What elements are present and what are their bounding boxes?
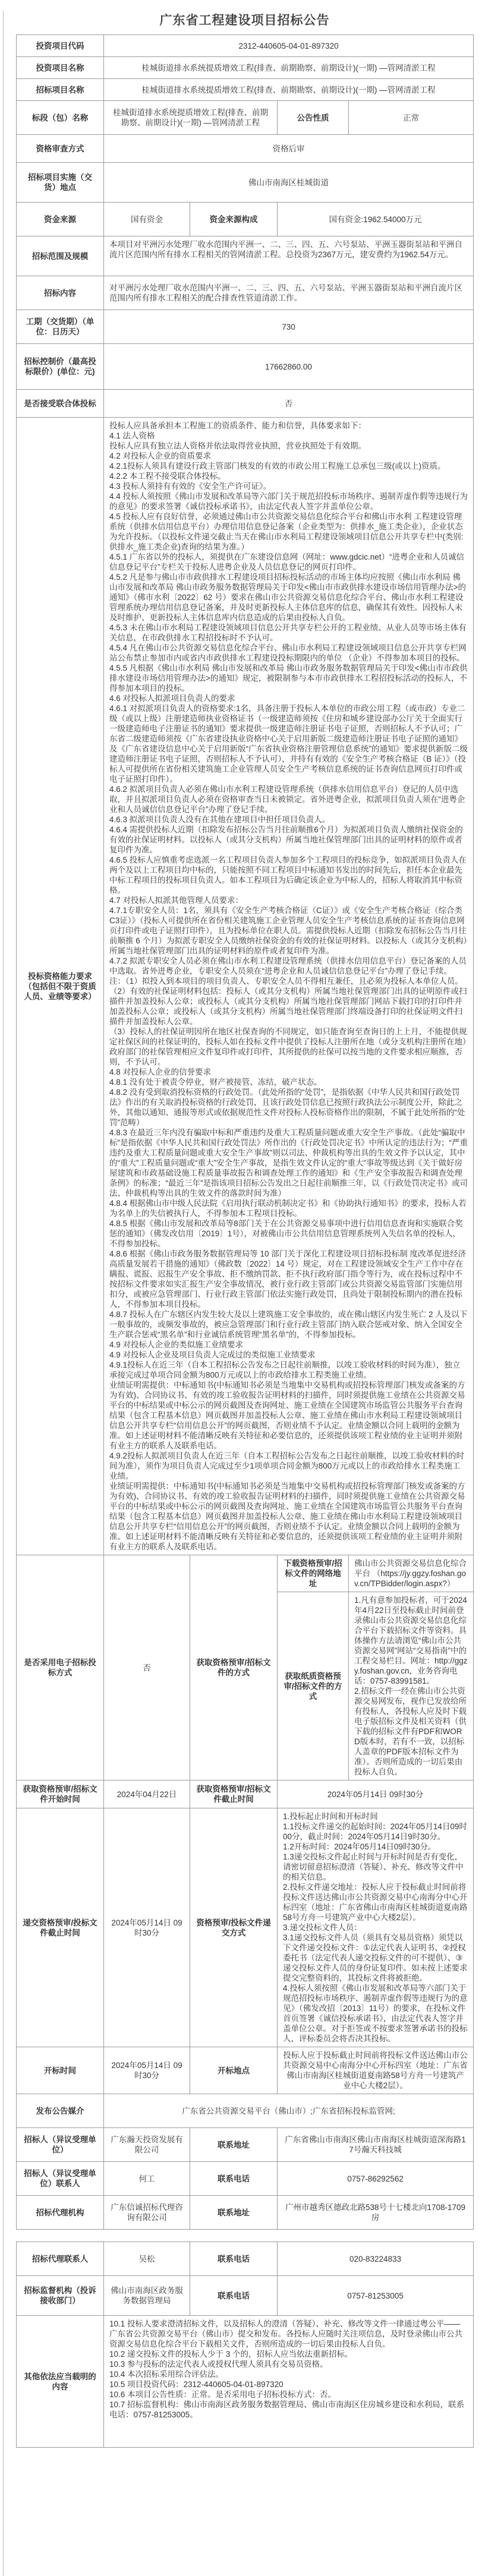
funding-source-label: 资金来源 — [17, 203, 104, 236]
obtain-start-label: 获取资格预审/招标文件开始时间 — [17, 1781, 104, 1808]
paper-obtain-value: 1.凡有意参加投标者，可于2024年4月22日至投标截止时间前登录佛山市公共资源… — [349, 1592, 474, 1781]
table-row: 招标人（异议受理单位）联系人 何工 联系电话 0757-86292562 — [17, 2162, 474, 2196]
qualification-requirements-value: 投标人应具备承担本工程施工的资质条件、能力和信誉，具体要求如下： 4.1 法人资… — [104, 418, 474, 1555]
table-row: 招标范围及规模 本项目对平洲污水处理厂收水范围内平洲一、二、三、四、五、六号泵站… — [17, 236, 474, 276]
e-bidding-value: 否 — [104, 1555, 190, 1781]
other-content-value: 10.1 投标人要求澄清招标文件，以及招标人的澄清（答疑）、补充、修改等文件一律… — [104, 2316, 474, 2448]
opening-place-value: 投标人应于投标截止时间前将投标文件送达佛山市公共资源交易中心南海分中心开标四室（… — [278, 2047, 474, 2094]
agency-contact-label: 招标代理联系人 — [17, 2242, 104, 2276]
tender-name-value: 桂城街道排水系统提质增效工程(排查、前期勘察、前期设计)(一期) —管网清淤工程 — [104, 79, 474, 101]
table-gap — [0, 2230, 485, 2242]
tenderer-value: 广东瀚天投资发展有限公司 — [104, 2128, 190, 2162]
funding-source-value: 国有资金 — [104, 203, 190, 236]
table-row: 工期（交货期）（单位：日历天） 730 — [17, 310, 474, 344]
announcement-media-label: 发布公告媒介 — [17, 2094, 104, 2128]
section-name-label: 标段（包）名称 — [17, 101, 104, 135]
obtain-end-label: 获取资格预审/招标文件截止时间 — [190, 1781, 278, 1808]
obtain-start-value: 2024年04月22日 — [104, 1781, 190, 1808]
opening-time-value: 2024年05月14日 09时30分 — [104, 2047, 190, 2094]
investment-code-label: 投资项目代码 — [17, 35, 104, 57]
table-row: 招标监督机构（投诉接收部门） 佛山市南海区政务服务数据管理局 联系电话 0757… — [17, 2276, 474, 2316]
table-row: 招标项目实施（交货）地点 佛山市南海区桂城街道 — [17, 163, 474, 203]
table-row: 招标控制价（最高投标限价）(单位：元) 17662860.00 — [17, 344, 474, 390]
supervisor-phone-value: 0757-81253005 — [278, 2276, 474, 2316]
control-price-label: 招标控制价（最高投标限价）(单位：元) — [17, 344, 104, 390]
tender-scope-label: 招标范围及规模 — [17, 236, 104, 276]
submission-method-label: 资格预审/投标文件递交方式 — [190, 1808, 278, 2047]
tenderer-contact-value: 何工 — [104, 2162, 190, 2196]
agency-phone-label: 联系电话 — [190, 2242, 278, 2276]
table-row: 招标项目名称 桂城街道排水系统提质增效工程(排查、前期勘察、前期设计)(一期) … — [17, 79, 474, 101]
table-row: 开标时间 2024年05月14日 09时30分 开标地点 投标人应于投标截止时间… — [17, 2047, 474, 2094]
qualification-review-value: 资格后审 — [104, 135, 474, 163]
page-left-border — [3, 11, 4, 2576]
consortium-value: 否 — [104, 390, 474, 418]
table-row: 资格审查方式 资格后审 — [17, 135, 474, 163]
obtain-end-value: 2024年05月14日 09时30分 — [278, 1781, 474, 1808]
agency-label: 招标代理机构 — [17, 2196, 104, 2230]
agency-phone-value: 020-83224833 — [278, 2242, 474, 2276]
control-price-value: 17662860.00 — [104, 344, 474, 390]
delivery-location-label: 招标项目实施（交货）地点 — [17, 163, 104, 203]
e-bidding-label: 是否采用电子招标投标方式 — [17, 1555, 104, 1781]
download-url-value: 佛山市公共资源交易信息化综合平台 （https://jy.ggzy.foshan… — [349, 1555, 474, 1592]
page-title: 广东省工程建设项目招标公告 — [16, 11, 473, 29]
opening-time-label: 开标时间 — [17, 2047, 104, 2094]
qualification-requirements-label: 投标资格能力要求（包括但不限于资质人员、业绩等要求） — [17, 418, 104, 1555]
download-url-label: 下载资格预审/招标文件的网络地址 — [278, 1555, 349, 1592]
tenderer-contact-label: 招标人（异议受理单位）联系人 — [17, 2162, 104, 2196]
delivery-location-value: 佛山市南海区桂城街道 — [104, 163, 474, 203]
section-name-value: 桂城街道排水系统提质增效工程(排查、前期勘察、前期设计)(一期) —管网清淤工程 — [104, 101, 278, 135]
tender-scope-value: 本项目对平洲污水处理厂收水范围内平洲一、二、三、四、五、六号泵站、平洲玉器街泵站… — [104, 236, 474, 276]
table-row: 招标人（异议受理单位） 广东瀚天投资发展有限公司 联系地址 广东省佛山市南海区佛… — [17, 2128, 474, 2162]
supervisor-value: 佛山市南海区政务服务数据管理局 — [104, 2276, 190, 2316]
submission-deadline-label: 递交资格预审/投标文件截止时间 — [17, 1808, 104, 2047]
tenderer-phone-value: 0757-86292562 — [278, 2162, 474, 2196]
obtain-method-label: 获取资格预审/招标文件的方式 — [190, 1555, 278, 1781]
duration-label: 工期（交货期）（单位：日历天） — [17, 310, 104, 344]
opening-place-label: 开标地点 — [190, 2047, 278, 2094]
table-row: 发布公告媒介 广东省公共资源交易平台（佛山市）;广东省招标投标监管网; — [17, 2094, 474, 2128]
table-row: 资金来源 国有资金 资金来源构成 国有资金:1962.54000万元 — [17, 203, 474, 236]
announcement-media-value: 广东省公共资源交易平台（佛山市）;广东省招标投标监管网; — [104, 2094, 474, 2128]
table-row: 递交资格预审/投标文件截止时间 2024年05月14日 09时30分 资格预审/… — [17, 1808, 474, 2047]
qualification-review-label: 资格审查方式 — [17, 135, 104, 163]
table-row: 投资项目代码 2312-440605-04-01-897320 — [17, 35, 474, 57]
agency-address-value: 广州市越秀区德政北路538号十七楼北向1708-1709房 — [278, 2196, 474, 2230]
investment-name-value: 桂城街道排水系统提质增效工程(排查、前期勘察、前期设计)(一期) —管网清淤工程 — [104, 57, 474, 79]
tenderer-label: 招标人（异议受理单位） — [17, 2128, 104, 2162]
agency-contact-value: 吴松 — [104, 2242, 190, 2276]
supervisor-label: 招标监督机构（投诉接收部门） — [17, 2276, 104, 2316]
agency-address-label: 联系地址 — [190, 2196, 278, 2230]
tender-content-value: 对平洲污水处理厂收水范围内平洲一、二、三、四、五、六号泵站、平洲玉器街泵站和平洲… — [104, 276, 474, 310]
other-content-label: 其他依法应当载明的内容 — [17, 2316, 104, 2448]
tender-name-label: 招标项目名称 — [17, 79, 104, 101]
duration-value: 730 — [104, 310, 474, 344]
notice-nature-value: 正常 — [349, 101, 474, 135]
tender-content-label: 招标内容 — [17, 276, 104, 310]
tenderer-address-label: 联系地址 — [190, 2128, 278, 2162]
tender-announcement-table: 投资项目代码 2312-440605-04-01-897320 投资项目名称 桂… — [16, 34, 474, 2230]
table-row: 招标代理机构 广东信诚招标代理咨询有限公司 联系地址 广州市越秀区德政北路538… — [17, 2196, 474, 2230]
table-row: 招标内容 对平洲污水处理厂收水范围内平洲一、二、三、四、五、六号泵站、平洲玉器街… — [17, 276, 474, 310]
paper-obtain-label: 获取纸质资格预审/招标文件的方式 — [278, 1592, 349, 1781]
table-row: 其他依法应当载明的内容 10.1 投标人要求澄清招标文件，以及招标人的澄清（答疑… — [17, 2316, 474, 2448]
tender-contacts-table: 招标代理联系人 吴松 联系电话 020-83224833 招标监督机构（投诉接收… — [16, 2242, 474, 2448]
table-row: 投标资格能力要求（包括但不限于资质人员、业绩等要求） 投标人应具备承担本工程施工… — [17, 418, 474, 1555]
investment-code-value: 2312-440605-04-01-897320 — [104, 35, 474, 57]
tenderer-address-value: 广东省佛山市南海区佛山市南海区桂城街道深海路17号瀚天科技城 — [278, 2128, 474, 2162]
notice-nature-label: 公告性质 — [278, 101, 349, 135]
tenderer-phone-label: 联系电话 — [190, 2162, 278, 2196]
table-row: 招标代理联系人 吴松 联系电话 020-83224833 — [17, 2242, 474, 2276]
submission-method-value: 1.投标起止时间和开标时间 1.1投标文件递交的起始时间：2024年05月14日… — [278, 1808, 474, 2047]
table-row: 是否接受联合体投标 否 — [17, 390, 474, 418]
agency-value: 广东信诚招标代理咨询有限公司 — [104, 2196, 190, 2230]
consortium-label: 是否接受联合体投标 — [17, 390, 104, 418]
funding-composition-label: 资金来源构成 — [190, 203, 278, 236]
investment-name-label: 投资项目名称 — [17, 57, 104, 79]
table-row: 是否采用电子招标投标方式 否 获取资格预审/招标文件的方式 下载资格预审/招标文… — [17, 1555, 474, 1592]
table-row: 获取资格预审/招标文件开始时间 2024年04月22日 获取资格预审/招标文件截… — [17, 1781, 474, 1808]
table-row: 标段（包）名称 桂城街道排水系统提质增效工程(排查、前期勘察、前期设计)(一期)… — [17, 101, 474, 135]
submission-deadline-value: 2024年05月14日 09时30分 — [104, 1808, 190, 2047]
supervisor-phone-label: 联系电话 — [190, 2276, 278, 2316]
funding-composition-value: 国有资金:1962.54000万元 — [278, 203, 474, 236]
table-row: 投资项目名称 桂城街道排水系统提质增效工程(排查、前期勘察、前期设计)(一期) … — [17, 57, 474, 79]
